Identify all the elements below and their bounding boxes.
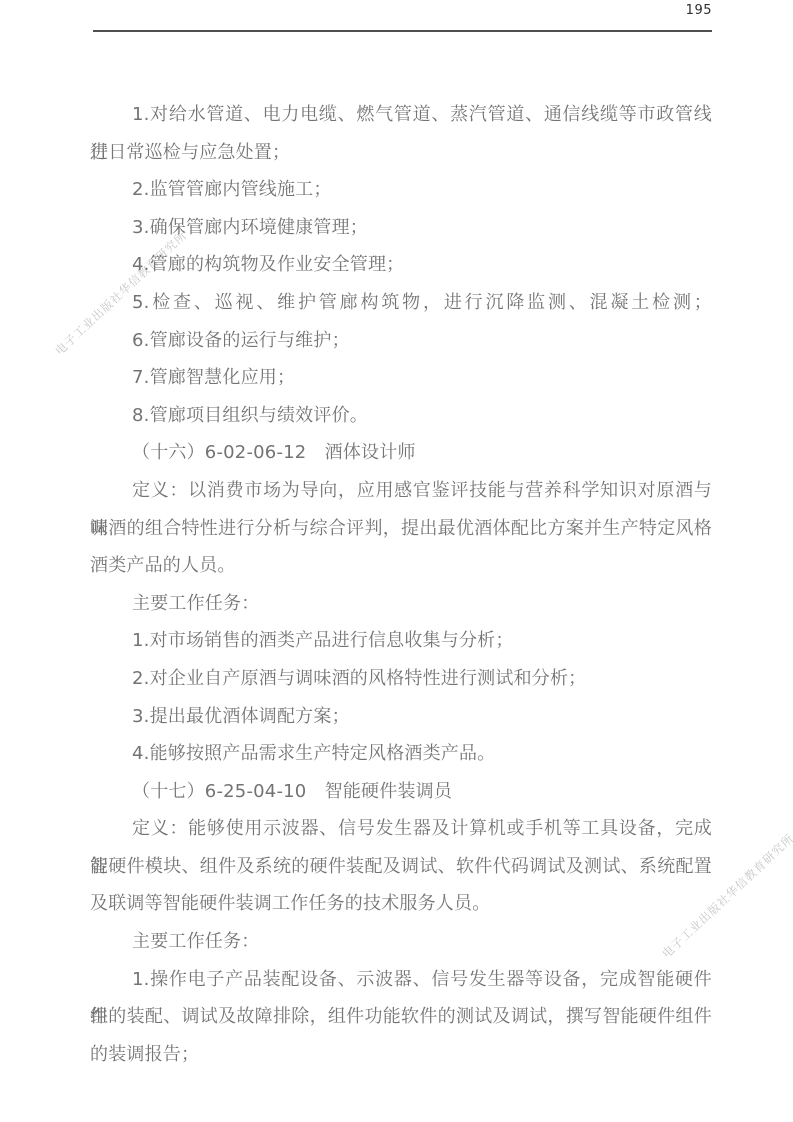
- text-line: 4.管廊的构筑物及作业安全管理；: [90, 246, 712, 284]
- text-line: 的装调报告；: [90, 1036, 712, 1074]
- text-line: 6.管廊设备的运行与维护；: [90, 322, 712, 360]
- text-line: 8.管廊项目组织与绩效评价。: [90, 397, 712, 435]
- text-line: 2.监管管廊内管线施工；: [90, 171, 712, 209]
- text-line: 主要工作任务：: [90, 923, 712, 961]
- page-number: 195: [686, 3, 712, 18]
- text-line: 件的装配、调试及故障排除，组件功能软件的测试及调试，撰写智能硬件组件: [90, 998, 712, 1036]
- text-line: 定义：以消费市场为导向，应用感官鉴评技能与营养科学知识对原酒与调: [90, 472, 712, 510]
- text-line: （十六）6-02-06-12 酒体设计师: [90, 434, 712, 472]
- text-line: 5.检查、巡视、维护管廊构筑物，进行沉降监测、混凝土检测；: [90, 284, 712, 322]
- text-line: 定义：能够使用示波器、信号发生器及计算机或手机等工具设备，完成智: [90, 810, 712, 848]
- document-body: 1.对给水管道、电力电缆、燃气管道、蒸汽管道、通信线缆等市政管线进行日常巡检与应…: [90, 96, 712, 1073]
- text-line: 1.对给水管道、电力电缆、燃气管道、蒸汽管道、通信线缆等市政管线进: [90, 96, 712, 134]
- text-line: 1.对市场销售的酒类产品进行信息收集与分析；: [90, 622, 712, 660]
- text-line: 3.确保管廊内环境健康管理；: [90, 209, 712, 247]
- text-line: 1.操作电子产品装配设备、示波器、信号发生器等设备，完成智能硬件组: [90, 961, 712, 999]
- text-line: 主要工作任务：: [90, 585, 712, 623]
- text-line: 酒类产品的人员。: [90, 547, 712, 585]
- document-page: 195 电子工业出版社华信教育研究所 电子工业出版社华信教育研究所 1.对给水管…: [0, 0, 793, 1122]
- text-line: 4.能够按照产品需求生产特定风格酒类产品。: [90, 735, 712, 773]
- text-line: 行日常巡检与应急处置；: [90, 134, 712, 172]
- text-line: （十七）6-25-04-10 智能硬件装调员: [90, 773, 712, 811]
- text-line: 7.管廊智慧化应用；: [90, 359, 712, 397]
- text-line: 味酒的组合特性进行分析与综合评判，提出最优酒体配比方案并生产特定风格: [90, 510, 712, 548]
- text-line: 3.提出最优酒体调配方案；: [90, 698, 712, 736]
- text-line: 2.对企业自产原酒与调味酒的风格特性进行测试和分析；: [90, 660, 712, 698]
- text-line: 及联调等智能硬件装调工作任务的技术服务人员。: [90, 885, 712, 923]
- header-rule: [93, 30, 712, 32]
- text-line: 能硬件模块、组件及系统的硬件装配及调试、软件代码调试及测试、系统配置: [90, 848, 712, 886]
